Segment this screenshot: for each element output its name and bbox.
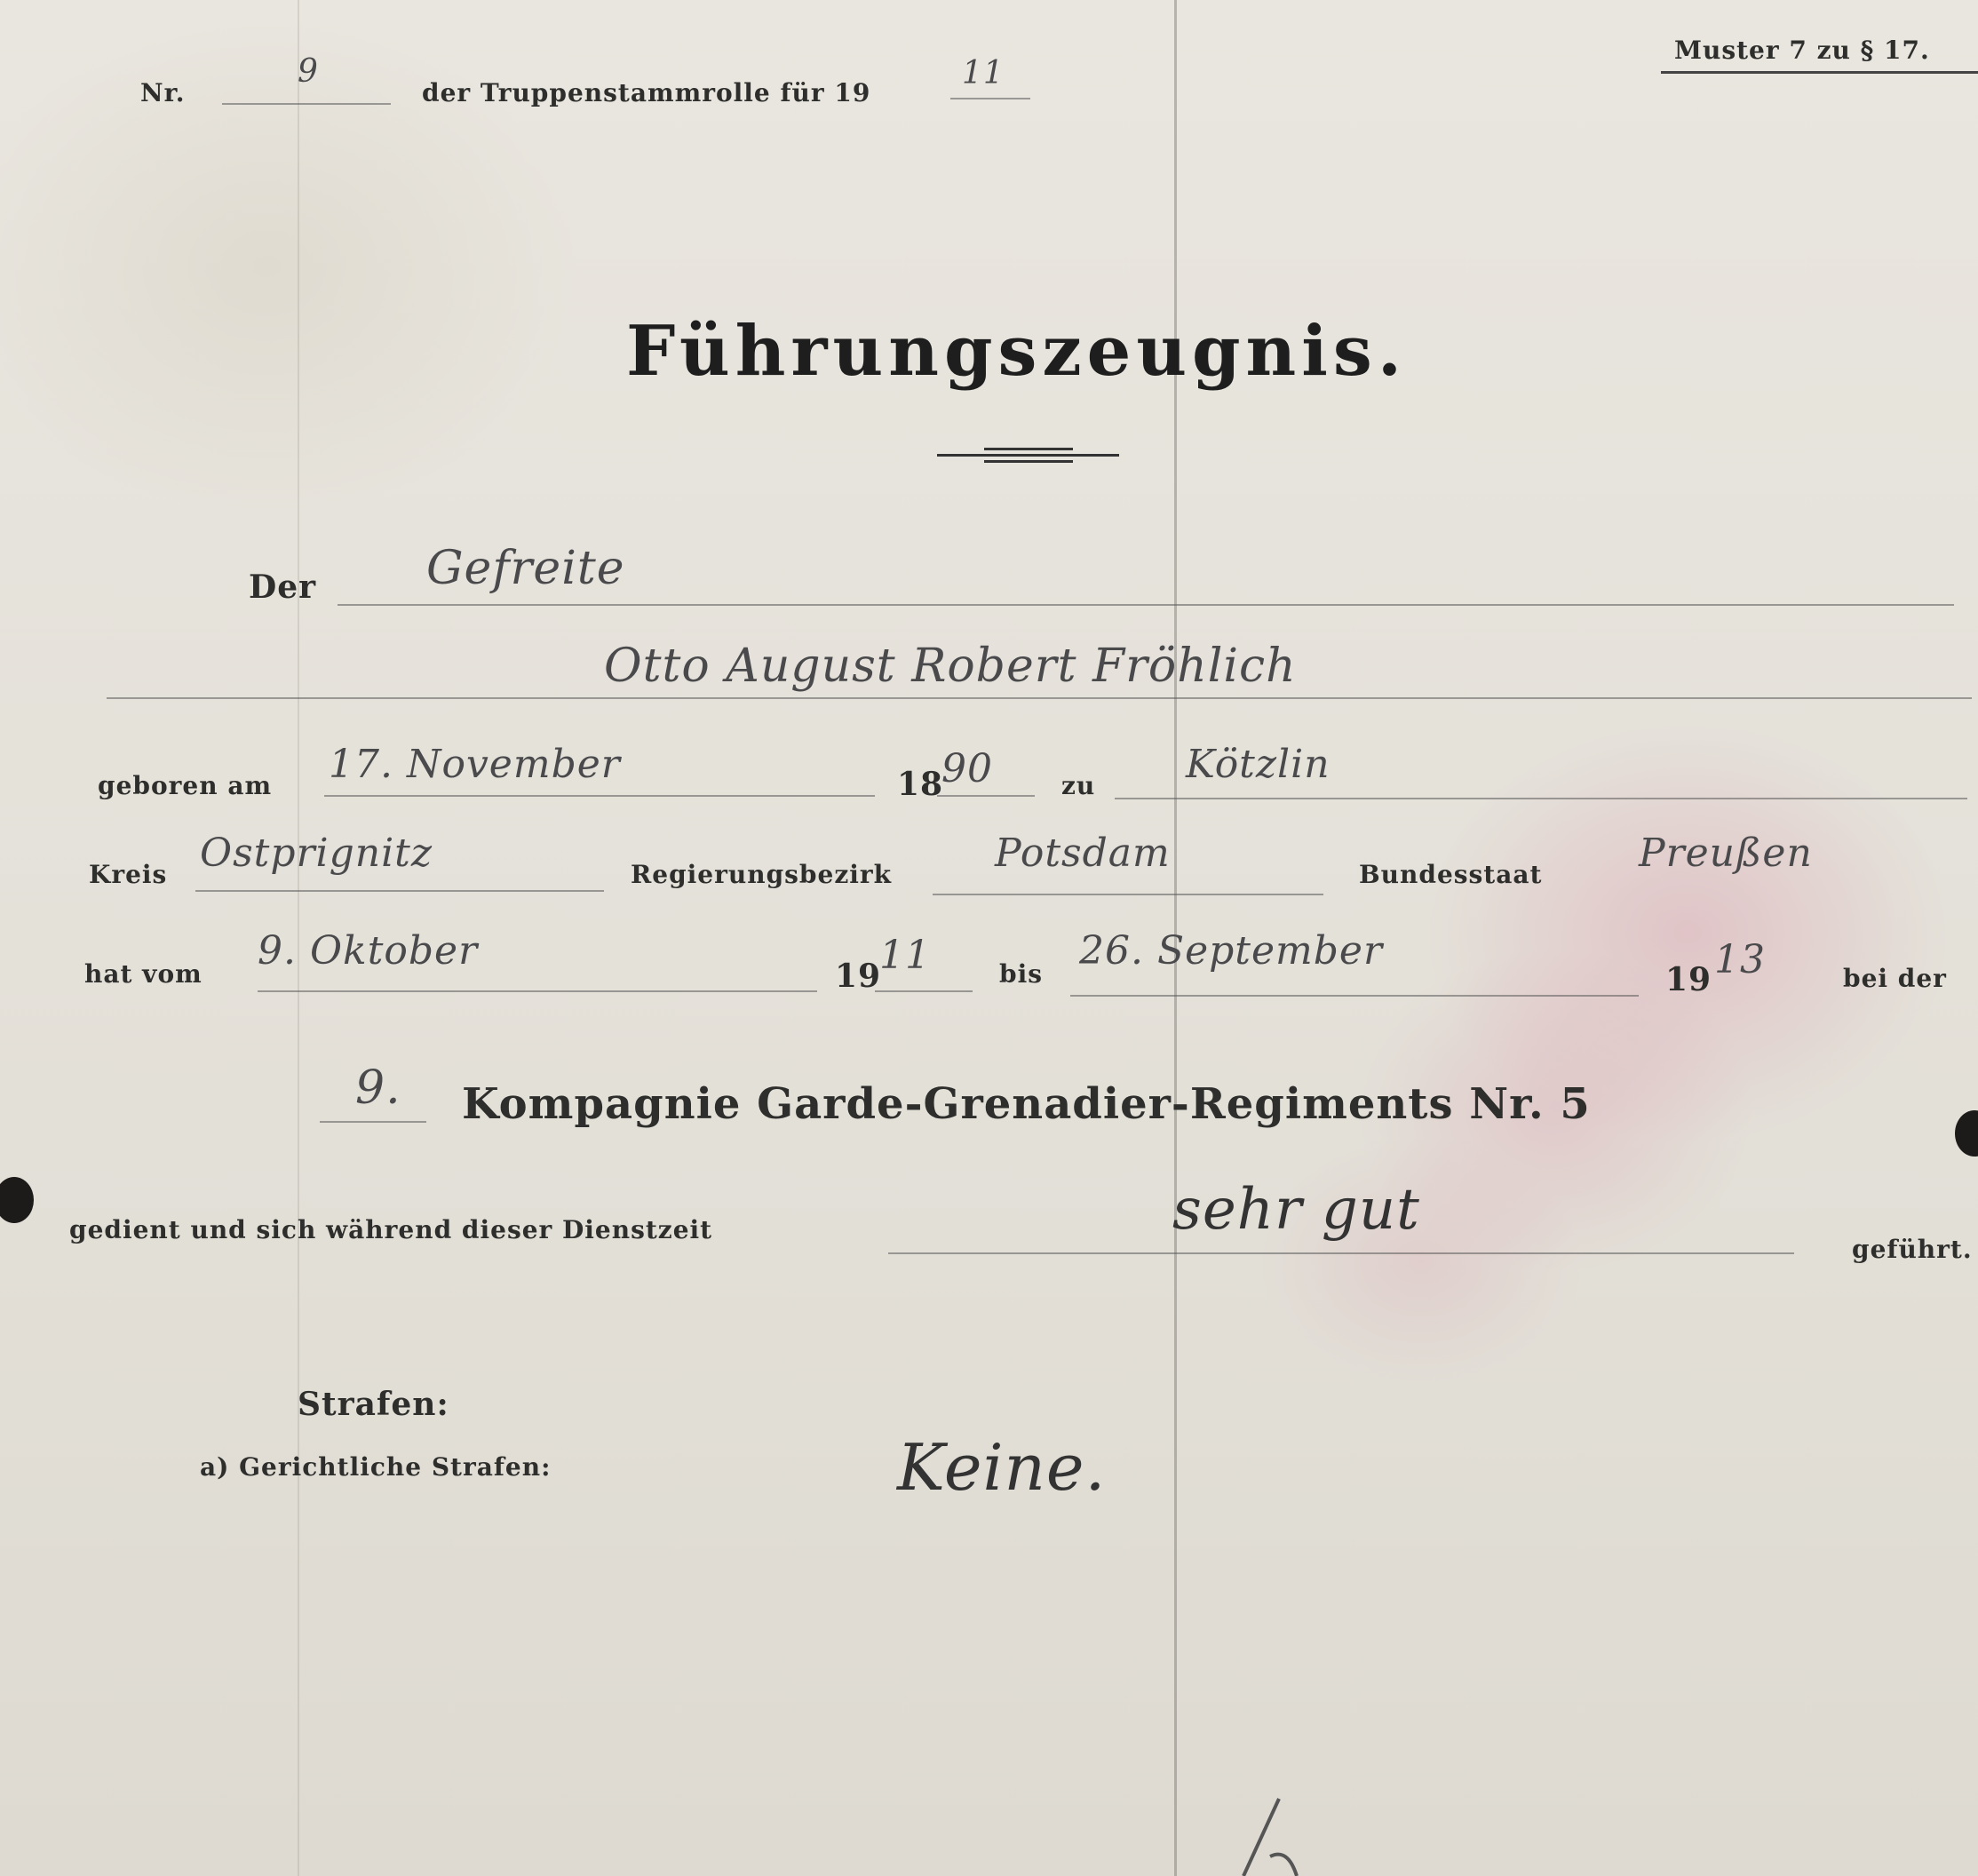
bezirk-label: Regierungsbezirk	[631, 860, 892, 889]
kreis-value: Ostprignitz	[200, 831, 433, 876]
service-to-label: bis	[999, 959, 1043, 989]
nr-value: 9	[298, 53, 319, 90]
company-number: 9.	[355, 1061, 401, 1115]
title-ornament	[937, 444, 1119, 466]
partial-handwriting-stroke	[1226, 1794, 1332, 1876]
bezirk-value: Potsdam	[995, 831, 1171, 876]
birth-place-underline	[1115, 798, 1967, 799]
roll-label: der Truppenstammrolle für 19	[422, 78, 870, 107]
service-to-underline	[1070, 995, 1639, 997]
service-from-year-underline	[875, 990, 973, 992]
service-from-underline	[258, 990, 817, 992]
birth-place-value: Kötzlin	[1186, 742, 1331, 787]
conduct-underline	[888, 1252, 1794, 1254]
document-title: Führungszeugnis.	[626, 311, 1407, 392]
service-to-year: 13	[1714, 937, 1766, 982]
unit-name: Kompagnie Garde-Grenadier-Regiments Nr. …	[462, 1079, 1591, 1129]
bei-der-label: bei der	[1843, 964, 1947, 993]
service-from-century: 19	[835, 958, 881, 995]
roll-year-underline	[950, 98, 1030, 99]
rank-underline	[338, 604, 1954, 606]
der-label: Der	[249, 568, 316, 606]
court-penalties-label: a) Gerichtliche Strafen:	[200, 1452, 551, 1482]
service-to-date: 26. September	[1079, 928, 1383, 974]
birth-label: geboren am	[98, 771, 272, 800]
kreis-underline	[195, 890, 604, 892]
birth-year-underline	[937, 795, 1035, 797]
birth-century: 18	[897, 766, 943, 803]
conduct-rating: sehr gut	[1172, 1177, 1420, 1243]
name-underline	[107, 697, 1972, 699]
conduct-suffix: geführt.	[1852, 1235, 1973, 1264]
service-to-century: 19	[1665, 961, 1712, 998]
staat-label: Bundesstaat	[1359, 860, 1542, 889]
form-reference-rule	[1661, 71, 1978, 74]
rank-value: Gefreite	[426, 542, 625, 595]
company-number-underline	[320, 1121, 426, 1123]
penalties-heading: Strafen:	[298, 1386, 449, 1423]
nr-underline	[222, 103, 391, 105]
conduct-prefix: gedient und sich während dieser Dienstze…	[69, 1215, 712, 1244]
service-from-year: 11	[879, 933, 931, 978]
full-name-value: Otto August Robert Fröhlich	[604, 640, 1297, 693]
bezirk-underline	[933, 894, 1323, 895]
birth-place-label: zu	[1061, 771, 1095, 800]
court-penalties-value: Keine.	[897, 1430, 1106, 1505]
birth-date-value: 17. November	[329, 742, 621, 787]
staat-value: Preußen	[1639, 831, 1813, 876]
birth-date-underline	[324, 795, 875, 797]
birth-year-value: 90	[941, 746, 993, 791]
nr-label: Nr.	[140, 78, 186, 107]
form-reference: Muster 7 zu § 17.	[1674, 36, 1930, 65]
service-from-label: hat vom	[84, 959, 203, 989]
kreis-label: Kreis	[89, 860, 167, 889]
roll-year: 11	[962, 55, 1005, 91]
service-from-date: 9. Oktober	[258, 928, 478, 974]
